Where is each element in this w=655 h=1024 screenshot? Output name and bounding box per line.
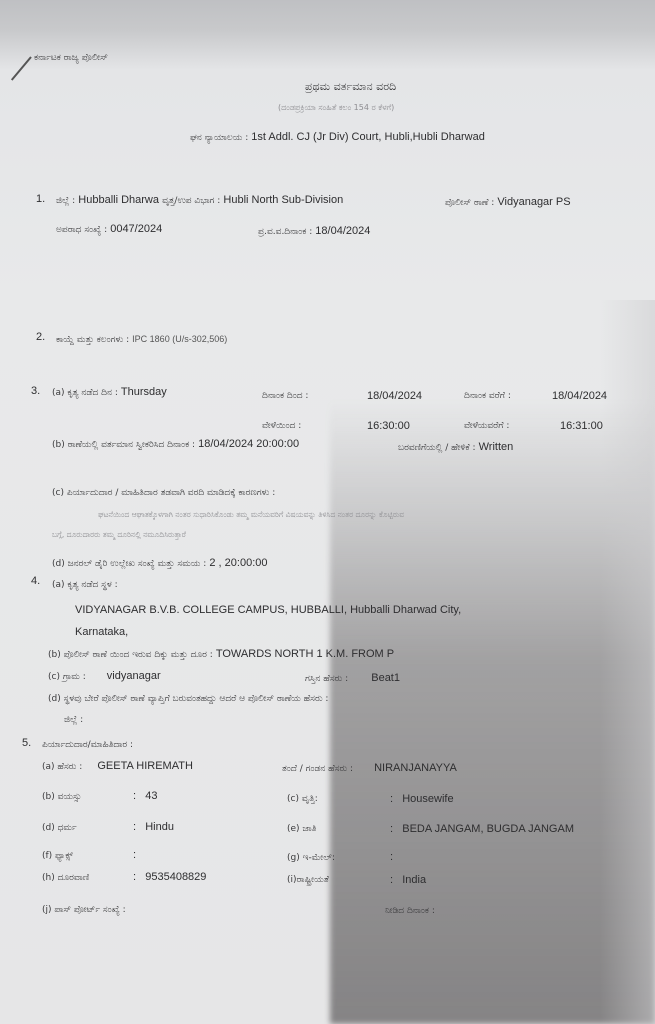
received-value: 18/04/2024 20:00:00 xyxy=(198,438,299,450)
delay-reason-line-1: ಘಟನೆಯಿಂದ ಆಘಾತಕ್ಕೊಳಗಾಗಿ ನಂತರ ಸುಧಾರಿಸಿಕೊಂಡ… xyxy=(98,510,404,520)
phone-label: (h) ದೂರವಾಣಿ xyxy=(42,873,89,883)
religion-value-text: Hindu xyxy=(145,821,174,833)
occupation-value: : Housewife xyxy=(390,793,454,805)
place-line-1: VIDYANAGAR B.V.B. COLLEGE CAMPUS, HUBBAL… xyxy=(75,604,461,616)
place-label: (a) ಕೃತ್ಯ ನಡೆದ ಸ್ಥಳ : xyxy=(52,580,118,590)
beat-label: ಗಸ್ತಿನ ಹೆಸರು : xyxy=(305,674,348,684)
occupation-label: (c) ವೃತ್ತಿ: xyxy=(287,794,318,804)
section-1-number: 1. xyxy=(36,193,45,205)
gd-reference-row: (d) ಜನರಲ್ ಡೈರಿ ಉಲ್ಲೇಖ ಸಂಖ್ಯೆ ಮತ್ತು ಸಮಯ :… xyxy=(52,557,267,569)
court-value: 1st Addl. CJ (Jr Div) Court, Hubli,Hubli… xyxy=(251,131,485,143)
village-label: (c) ಗ್ರಾಮ : xyxy=(48,672,86,682)
other-district-label: ಜಿಲ್ಲೆ : xyxy=(64,715,83,725)
station-label: ಪೊಲೀಸ್ ಠಾಣೆ : xyxy=(445,198,494,208)
fax-value: : xyxy=(133,849,145,861)
occurrence-day-value: Thursday xyxy=(121,386,167,398)
beat-row: ಗಸ್ತಿನ ಹೆಸರು : Beat1 xyxy=(305,672,400,684)
fir-date-value: 18/04/2024 xyxy=(315,225,370,237)
acts-row: ಕಾಯ್ದೆ ಮತ್ತು ಕಲಂಗಳು : IPC 1860 (U/s-302,… xyxy=(56,333,227,345)
religion-label: (d) ಧರ್ಮ xyxy=(42,823,77,833)
nationality-value-text: India xyxy=(402,874,426,886)
phone-value-text: 9535408829 xyxy=(145,871,206,883)
name-value: GEETA HIREMATH xyxy=(97,760,193,772)
other-station-label: (d) ಸ್ಥಳವು ಬೇರೆ ಪೊಲೀಸ್ ಠಾಣೆ ವ್ಯಾಪ್ತಿಗೆ ಬ… xyxy=(48,694,328,704)
age-value-text: 43 xyxy=(145,790,157,802)
village-value: vidyanagar xyxy=(107,670,161,682)
fax-label: (f) ಫ್ಯಾಕ್ಸ್ xyxy=(42,851,73,861)
crime-no-label: ಅಪರಾಧ ಸಂಖ್ಯೆ : xyxy=(56,225,107,235)
direction-label: (b) ಪೊಲೀಸ್ ಠಾಣೆ ಯಿಂದ ಇರುವ ದಿಕ್ಕು ಮತ್ತು ದ… xyxy=(48,650,213,660)
age-label: (b) ವಯಸ್ಸು xyxy=(42,792,82,802)
information-type-row: ಬರವಣಿಗೆಯಲ್ಲಿ / ಹೇಳಿಕೆ : Written xyxy=(398,441,513,453)
court-label: ಘನ ನ್ಯಾಯಾಲಯ : xyxy=(190,133,248,143)
time-from-label: ವೇಳೆಯಿಂದ : xyxy=(262,421,301,431)
fir-date-label: ಪ್ರ.ವ.ವ.ದಿನಾಂಕ : xyxy=(258,227,312,237)
delay-reason-line-2: ಬಗ್ಗೆ, ದೂರುದಾರರು ತಮ್ಮ ದೂರಿನಲ್ಲಿ ನಮೂದಿಸಿರ… xyxy=(52,530,186,540)
information-type-value: Written xyxy=(479,441,514,453)
father-name-row: ತಂದೆ / ಗಂಡನ ಹೆಸರು : NIRANJANAYYA xyxy=(282,762,457,774)
date-from-label: ದಿನಾಂಕ ದಿಂದ : xyxy=(262,391,308,401)
gd-reference-value: 2 , 20:00:00 xyxy=(209,557,267,569)
beat-value: Beat1 xyxy=(371,672,400,684)
occupation-value-text: Housewife xyxy=(402,793,453,805)
occurrence-day-row: (a) ಕೃತ್ಯ ನಡೆದ ದಿನ : Thursday xyxy=(52,386,167,398)
document-title: ಪ್ರಥಮ ವರ್ತಮಾನ ವರದಿ xyxy=(305,80,396,94)
acts-label: ಕಾಯ್ದೆ ಮತ್ತು ಕಲಂಗಳು : xyxy=(56,335,129,345)
complainant-label: ಪಿರ್ಯಾದುದಾರ/ಮಾಹಿತಿದಾರ : xyxy=(42,740,133,750)
received-label: (b) ಠಾಣೆಯಲ್ಲಿ ವರ್ತಮಾನ ಸ್ವೀಕರಿಸಿದ ದಿನಾಂಕ … xyxy=(52,440,195,450)
court-row: ಘನ ನ್ಯಾಯಾಲಯ : 1st Addl. CJ (Jr Div) Cour… xyxy=(190,131,485,143)
email-label: (g) ಇ-ಮೇಲ್: xyxy=(287,853,335,863)
date-from-value: 18/04/2024 xyxy=(367,390,422,402)
photo-shadow-edge xyxy=(600,300,655,1024)
subdivision-value: Hubli North Sub-Division xyxy=(223,194,343,206)
complainant-name-row: (a) ಹೆಸರು : GEETA HIREMATH xyxy=(42,760,193,772)
section-3-number: 3. xyxy=(31,385,40,397)
caste-label: (e) ಜಾತಿ xyxy=(287,824,316,834)
place-line-2: Karnataka, xyxy=(75,626,128,638)
village-row: (c) ಗ್ರಾಮ : vidyanagar xyxy=(48,670,161,682)
crime-no-value: 0047/2024 xyxy=(110,223,162,235)
date-to-value: 18/04/2024 xyxy=(552,390,607,402)
district-label: ಜಿಲ್ಲೆ : xyxy=(56,196,75,206)
phone-value: : 9535408829 xyxy=(133,871,206,883)
district-row: ಜಿಲ್ಲೆ : Hubballi Dharwa ವೃತ್ತ/ಉಪ ವಿಭಾಗ … xyxy=(56,194,343,206)
age-value: : 43 xyxy=(133,790,157,802)
subdivision-label: ವೃತ್ತ/ಉಪ ವಿಭಾಗ : xyxy=(162,196,220,206)
information-type-label: ಬರವಣಿಗೆಯಲ್ಲಿ / ಹೇಳಿಕೆ : xyxy=(398,443,476,453)
section-5-number: 5. xyxy=(22,737,31,749)
nationality-value: : India xyxy=(390,874,426,886)
caste-value: : BEDA JANGAM, BUGDA JANGAM xyxy=(390,823,574,835)
fir-date-row: ಪ್ರ.ವ.ವ.ದಿನಾಂಕ : 18/04/2024 xyxy=(258,225,370,237)
section-2-number: 2. xyxy=(36,331,45,343)
date-to-label: ದಿನಾಂಕ ವರೆಗೆ : xyxy=(464,391,511,401)
received-row: (b) ಠಾಣೆಯಲ್ಲಿ ವರ್ತಮಾನ ಸ್ವೀಕರಿಸಿದ ದಿನಾಂಕ … xyxy=(52,438,299,450)
district-value: Hubballi Dharwa xyxy=(78,194,159,206)
time-to-label: ವೇಳೆಯವರೆಗೆ : xyxy=(464,421,509,431)
time-from-value: 16:30:00 xyxy=(367,420,410,432)
occurrence-day-label: (a) ಕೃತ್ಯ ನಡೆದ ದಿನ : xyxy=(52,388,118,398)
passport-label: (j) ಪಾಸ್ ಪೋರ್ಟ್ ಸಂಖ್ಯೆ : xyxy=(42,905,126,915)
issued-date-label: ನೀಡಿದ ದಿನಾಂಕ : xyxy=(385,906,435,916)
father-name-value: NIRANJANAYYA xyxy=(374,762,457,774)
name-label: (a) ಹೆಸರು : xyxy=(42,762,82,772)
org-name: ಕರ್ನಾಟಕ ರಾಜ್ಯ ಪೊಲೀಸ್ xyxy=(34,53,108,63)
delay-reason-label: (c) ಪಿರ್ಯಾದುದಾರ / ಮಾಹಿತಿದಾರ ತಡವಾಗಿ ವರದಿ … xyxy=(52,488,275,498)
station-value: Vidyanagar PS xyxy=(497,196,570,208)
gd-reference-label: (d) ಜನರಲ್ ಡೈರಿ ಉಲ್ಲೇಖ ಸಂಖ್ಯೆ ಮತ್ತು ಸಮಯ : xyxy=(52,559,206,569)
email-value: : xyxy=(390,851,402,863)
direction-row: (b) ಪೊಲೀಸ್ ಠಾಣೆ ಯಿಂದ ಇರುವ ದಿಕ್ಕು ಮತ್ತು ದ… xyxy=(48,648,394,660)
document-subtitle: (ದಂಡಪ್ರಕ್ರಿಯಾ ಸಂಹಿತೆ ಕಲಂ 154 ರ ಕೆಳಗೆ) xyxy=(278,103,394,113)
acts-value: IPC 1860 (U/s-302,506) xyxy=(132,334,227,344)
father-name-label: ತಂದೆ / ಗಂಡನ ಹೆಸರು : xyxy=(282,764,353,774)
religion-value: : Hindu xyxy=(133,821,174,833)
direction-value: TOWARDS NORTH 1 K.M. FROM P xyxy=(216,648,394,660)
station-row: ಪೊಲೀಸ್ ಠಾಣೆ : Vidyanagar PS xyxy=(445,196,571,208)
caste-value-text: BEDA JANGAM, BUGDA JANGAM xyxy=(402,823,574,835)
time-to-value: 16:31:00 xyxy=(560,420,603,432)
crime-no-row: ಅಪರಾಧ ಸಂಖ್ಯೆ : 0047/2024 xyxy=(56,223,162,235)
nationality-label: (i)ರಾಷ್ಟ್ರೀಯತೆ xyxy=(287,875,329,885)
section-4-number: 4. xyxy=(31,575,40,587)
